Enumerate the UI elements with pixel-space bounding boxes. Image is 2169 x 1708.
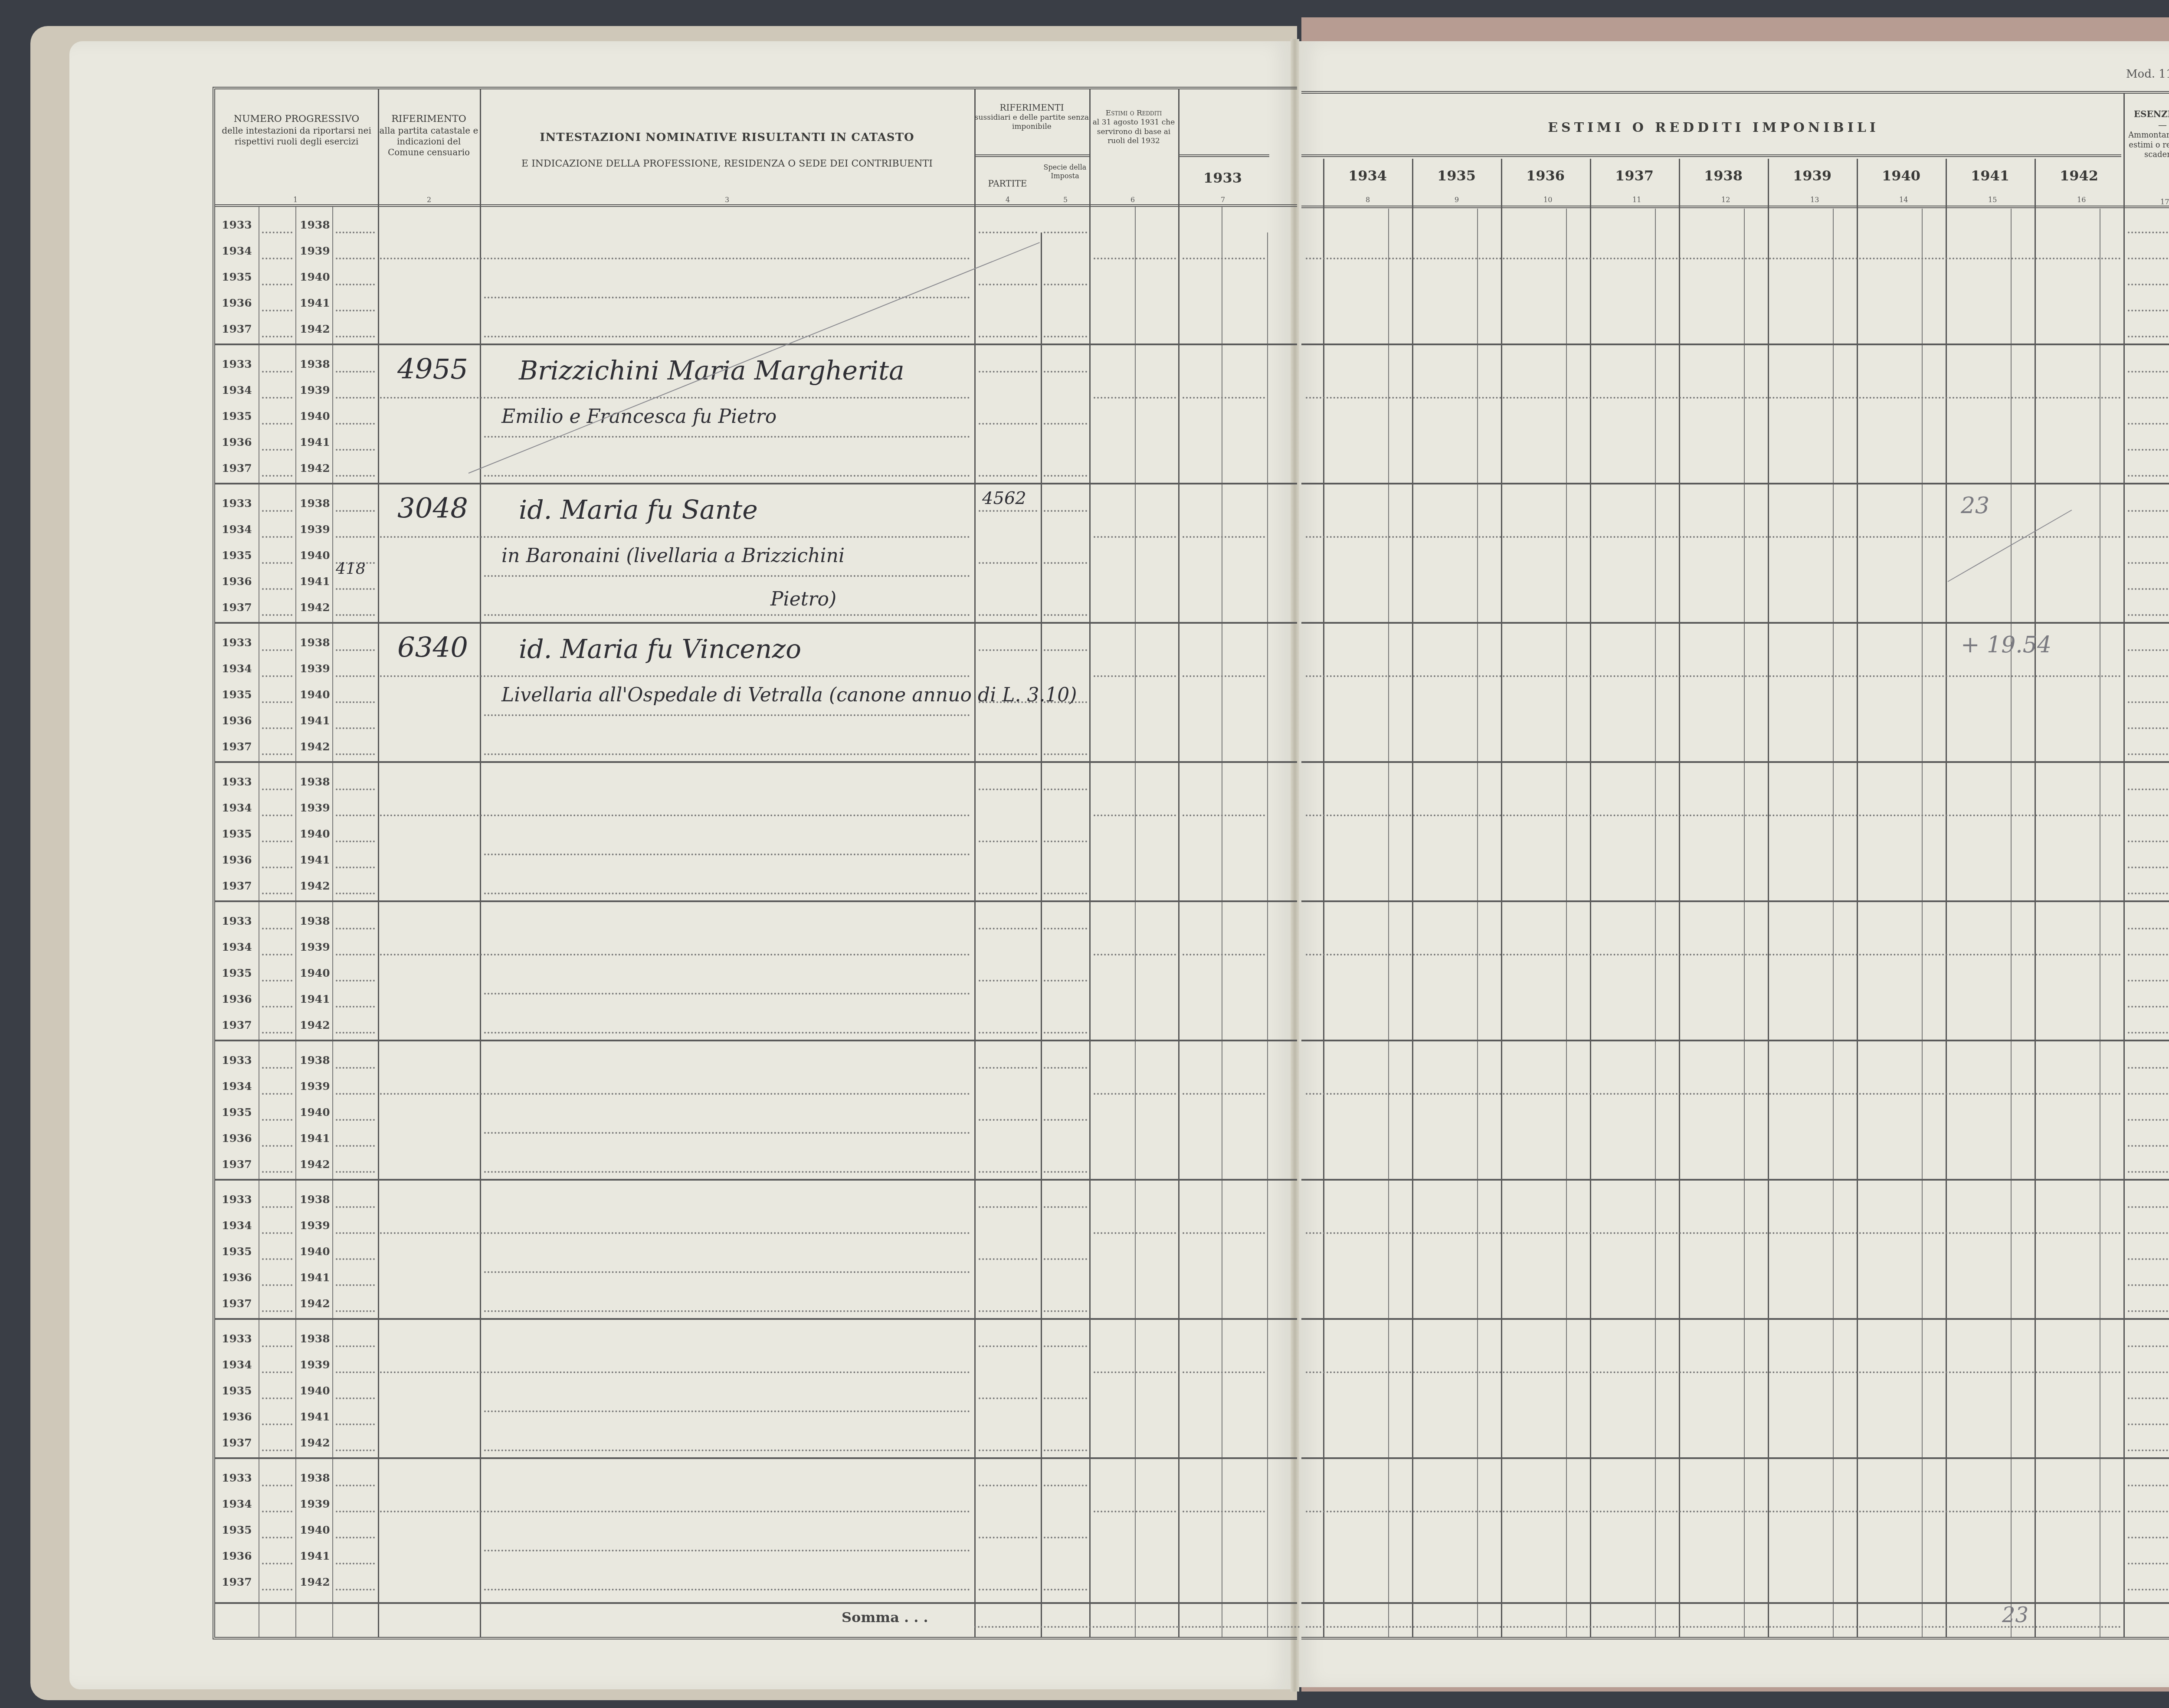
year-label: 1939 (300, 1080, 330, 1093)
entry-block-right (1301, 1041, 2169, 1180)
year-dotline (336, 1284, 375, 1286)
year-label: 1933 (222, 1193, 252, 1206)
value-dotline (1183, 815, 1265, 816)
entry-block-right (1301, 1459, 2169, 1598)
col-number: 10 (1543, 196, 1552, 204)
year-dotline (336, 1067, 375, 1069)
amount-1941: 23 (1961, 493, 1989, 519)
year-label: 1939 (300, 1358, 330, 1371)
year-dotline (336, 893, 375, 894)
ref-dotline (1044, 928, 1087, 929)
year-label: 1942 (300, 462, 330, 474)
year-dotline (336, 841, 375, 842)
year-label: 1936 (222, 714, 252, 727)
year-dotline (262, 675, 292, 677)
year-dotline (262, 1145, 292, 1147)
ref-dotline (979, 893, 1037, 894)
year-label: 1939 (300, 523, 330, 536)
ref-dotline (979, 1258, 1037, 1260)
ref-dotline (1044, 893, 1087, 894)
name-dotline (380, 675, 970, 677)
header-estimi-1931: Estimi o Redditi al 31 agosto 1931 che s… (1089, 109, 1178, 146)
entry-block: 1933193819341939193519401936194119371942 (215, 762, 1297, 902)
header-year: 1934 (1323, 167, 1412, 184)
entry-block-right (1301, 206, 2169, 345)
year-dotline (262, 1397, 292, 1399)
year-dotline (262, 1511, 292, 1512)
ref-dotline (979, 1310, 1037, 1312)
year-dotline (336, 928, 375, 929)
year-dotline (336, 510, 375, 512)
year-dotline (262, 1485, 292, 1486)
year-label: 1939 (300, 941, 330, 953)
header-riferimenti-sussidiari: RIFERIMENTI sussidiari e delle partite s… (974, 102, 1089, 132)
year-dotline (336, 536, 375, 538)
ref-dotline (979, 1171, 1037, 1173)
ref-dotline (1044, 1345, 1087, 1347)
name-line-2: in Baronaini (livellaria a Brizzichini (501, 545, 845, 567)
name-dotline (484, 297, 970, 298)
ref-dotline (979, 928, 1037, 929)
exemption-dotline (2128, 1145, 2169, 1147)
year-dotline (262, 232, 292, 233)
year-label: 1937 (222, 880, 252, 892)
entry-block: 1933193819341939193519401936194119371942 (215, 206, 1297, 345)
exemption-dotline (2128, 1258, 2169, 1260)
ref-dotline (1044, 284, 1087, 285)
col-number: 17 (2160, 198, 2169, 206)
exemption-dotline (2128, 867, 2169, 868)
year-label: 1937 (222, 1576, 252, 1588)
somma-dotline (1178, 1626, 1300, 1628)
exemption-dotline (2128, 753, 2169, 755)
year-label: 1934 (222, 1219, 252, 1232)
year-label: 1939 (300, 1498, 330, 1510)
year-label: 1933 (222, 915, 252, 927)
year-label: 1937 (222, 601, 252, 614)
year-dotline (336, 423, 375, 425)
col-number: 3 (725, 196, 729, 204)
partita-number: 4955 (397, 353, 468, 386)
name-dotline (484, 1132, 970, 1134)
entry-block-right (1301, 1180, 2169, 1319)
exemption-dotline (2128, 954, 2169, 955)
year-label: 1935 (222, 967, 252, 979)
name-dotline (484, 1410, 970, 1412)
entry-block: 1933193819341939193519401936194119371942 (215, 1319, 1297, 1459)
year-label: 1940 (300, 1245, 330, 1258)
entry-block: 1933193819341939193519401936194119371942 (215, 1180, 1297, 1319)
ref-dotline (979, 562, 1037, 564)
header-rule (1301, 154, 2121, 157)
name-line-3: Pietro) (770, 588, 836, 610)
year-label: 1934 (222, 523, 252, 536)
ref-dotline (1044, 1171, 1087, 1173)
year-label: 1937 (222, 462, 252, 474)
ref-dotline (979, 475, 1037, 477)
name-line-1: id. Maria fu Sante (519, 495, 758, 525)
year-label: 1942 (300, 1019, 330, 1031)
year-dotline (262, 423, 292, 425)
exemption-dotline (2128, 1563, 2169, 1564)
year-label: 1936 (222, 993, 252, 1005)
year-label: 1933 (222, 1472, 252, 1484)
exemption-dotline (2128, 1485, 2169, 1486)
name-line-2: Emilio e Francesca fu Pietro (501, 406, 777, 428)
entry-block-right (1301, 762, 2169, 902)
year-label: 1935 (222, 1384, 252, 1397)
entry-block: 1933193819341939193519401936194119371942 (215, 1041, 1297, 1180)
ref-dotline (1044, 475, 1087, 477)
year-dotline (262, 1537, 292, 1538)
somma-1941-value: 23 (2002, 1603, 2028, 1627)
year-dotline (336, 1345, 375, 1347)
name-dotline (380, 536, 970, 538)
year-dotline (336, 675, 375, 677)
year-dotline (262, 1119, 292, 1121)
year-label: 1941 (300, 1271, 330, 1284)
header-partite: PARTITE (974, 178, 1041, 189)
value-dotline (1183, 536, 1265, 538)
name-dotline (484, 475, 970, 477)
ref-dotline (979, 1345, 1037, 1347)
year-dotline (336, 1032, 375, 1034)
col-number: 9 (1455, 196, 1459, 204)
year-label: 1935 (222, 1106, 252, 1119)
year-dotline (336, 614, 375, 616)
partita-number: 6340 (397, 632, 468, 664)
year-dotline (336, 727, 375, 729)
ref-dotline (1044, 423, 1087, 425)
year-label: 1940 (300, 1524, 330, 1536)
year-label: 1937 (222, 1019, 252, 1031)
year-label: 1942 (300, 880, 330, 892)
exemption-dotline (2128, 1345, 2169, 1347)
value-dotline (1094, 258, 1176, 259)
somma-dotline (974, 1626, 1178, 1628)
col-number: 5 (1063, 196, 1068, 204)
value-dotline (1183, 258, 1265, 259)
year-dotline (262, 258, 292, 259)
exemption-dotline (2128, 1423, 2169, 1425)
year-dotline (262, 727, 292, 729)
year-dotline (262, 649, 292, 651)
ref-dotline (1044, 1485, 1087, 1486)
ref-dotline (979, 1206, 1037, 1208)
name-line-1: id. Maria fu Vincenzo (519, 634, 801, 664)
year-dotline (336, 258, 375, 259)
value-dotline (1094, 536, 1176, 538)
exemption-dotline (2128, 893, 2169, 894)
ref-dotline (1044, 649, 1087, 651)
year-label: 1935 (222, 688, 252, 701)
ref-dotline (1044, 1450, 1087, 1451)
value-dotline (1094, 1093, 1176, 1095)
year-label: 1939 (300, 802, 330, 814)
col-number: 15 (1988, 196, 1997, 204)
exemption-dotline (2128, 1032, 2169, 1034)
header-rule (974, 154, 1089, 157)
name-line-1: Briz­zichini Maria Margherita (519, 356, 904, 386)
year-dotline (262, 336, 292, 337)
header-year: 1936 (1501, 167, 1590, 184)
exemption-dotline (2128, 536, 2169, 538)
year-dotline (262, 1093, 292, 1095)
year-dotline (262, 449, 292, 451)
value-dotline (1183, 1232, 1265, 1234)
value-dotline (1094, 675, 1176, 677)
ref-dotline (1044, 1310, 1087, 1312)
value-dotline (1306, 1371, 2121, 1373)
year-dotline (336, 475, 375, 477)
year-dotline (262, 1006, 292, 1008)
value-dotline (1306, 1093, 2121, 1095)
year-label: 1935 (222, 410, 252, 422)
ref-dotline (1044, 841, 1087, 842)
value-dotline (1183, 954, 1265, 955)
name-dotline (380, 1511, 970, 1512)
year-label: 1934 (222, 1498, 252, 1510)
name-dotline (484, 1171, 970, 1173)
year-dotline (262, 510, 292, 512)
year-dotline (262, 614, 292, 616)
year-dotline (262, 815, 292, 816)
year-dotline (336, 1537, 375, 1538)
year-dotline (336, 1485, 375, 1486)
year-dotline (336, 1310, 375, 1312)
col-number: 13 (1810, 196, 1819, 204)
name-dotline (380, 815, 970, 816)
year-label: 1938 (300, 775, 330, 788)
value-dotline (1094, 815, 1176, 816)
header-year: 1937 (1590, 167, 1679, 184)
value-dotline (1183, 1511, 1265, 1512)
value-dotline (1306, 1232, 2121, 1234)
entry-block: 1933193819341939193519401936194119371942 (215, 1459, 1297, 1598)
value-dotline (1306, 954, 2121, 955)
year-dotline (336, 980, 375, 982)
exemption-dotline (2128, 397, 2169, 399)
ref-dotline (979, 371, 1037, 373)
header-year: 1935 (1412, 167, 1501, 184)
value-dotline (1183, 1371, 1265, 1373)
year-dotline (262, 1310, 292, 1312)
margin-number: 418 (336, 560, 366, 578)
exemption-dotline (2128, 1119, 2169, 1121)
year-dotline (262, 588, 292, 590)
year-dotline (336, 1371, 375, 1373)
year-dotline (336, 1397, 375, 1399)
ref-dotline (1044, 1589, 1087, 1590)
ref-dotline (1044, 1119, 1087, 1121)
year-label: 1935 (222, 549, 252, 562)
year-dotline (336, 1232, 375, 1234)
exemption-dotline (2128, 789, 2169, 790)
year-dotline (262, 397, 292, 399)
ref-dotline (1044, 753, 1087, 755)
col-number: 8 (1366, 196, 1370, 204)
year-dotline (262, 1589, 292, 1590)
ref-dotline (979, 753, 1037, 755)
ref-dotline (979, 789, 1037, 790)
year-label: 1939 (300, 245, 330, 257)
name-dotline (484, 893, 970, 894)
exemption-dotline (2128, 815, 2169, 816)
col-number: 1 (293, 196, 298, 204)
exemption-dotline (2128, 1450, 2169, 1451)
value-dotline (1306, 536, 2121, 538)
exemption-dotline (2128, 1093, 2169, 1095)
ref-dotline (1044, 1067, 1087, 1069)
col-number: 2 (427, 196, 431, 204)
year-label: 1940 (300, 967, 330, 979)
ref-dotline (979, 284, 1037, 285)
value-dotline (1306, 1511, 2121, 1512)
exemption-dotline (2128, 475, 2169, 477)
year-dotline (262, 1371, 292, 1373)
year-label: 1941 (300, 1550, 330, 1562)
ref-dotline (1044, 789, 1087, 790)
exemption-dotline (2128, 928, 2169, 929)
year-label: 1936 (222, 297, 252, 309)
exemption-dotline (2128, 1537, 2169, 1538)
name-dotline (484, 575, 970, 577)
name-line-2: Livellaria all'Ospedale di Vetralla (can… (501, 684, 1077, 706)
year-dotline (336, 284, 375, 285)
name-dotline (484, 1450, 970, 1451)
ref-partite: 4562 (982, 488, 1026, 508)
year-dotline (262, 536, 292, 538)
ref-dotline (979, 1119, 1037, 1121)
header-estimi-redditi-imponibili: ESTIMI O REDDITI IMPONIBILI (1301, 120, 2126, 136)
year-label: 1934 (222, 384, 252, 396)
col-number: 11 (1632, 196, 1641, 204)
year-dotline (262, 789, 292, 790)
ref-dotline (1044, 614, 1087, 616)
value-dotline (1094, 397, 1176, 399)
year-label: 1938 (300, 1193, 330, 1206)
year-dotline (336, 867, 375, 868)
value-dotline (1094, 954, 1176, 955)
ref-dotline (979, 510, 1037, 512)
exemption-dotline (2128, 1397, 2169, 1399)
entry-block-right (1301, 902, 2169, 1041)
name-dotline (484, 1550, 970, 1551)
year-dotline (336, 1258, 375, 1260)
year-label: 1941 (300, 854, 330, 866)
exemption-dotline (2128, 284, 2169, 285)
year-dotline (262, 1206, 292, 1208)
year-label: 1939 (300, 384, 330, 396)
exemption-dotline (2128, 310, 2169, 311)
year-dotline (262, 701, 292, 703)
year-label: 1942 (300, 1436, 330, 1449)
year-dotline (262, 1171, 292, 1173)
year-label: 1936 (222, 1132, 252, 1145)
name-dotline (380, 258, 970, 259)
exemption-dotline (2128, 1511, 2169, 1512)
year-label: 1942 (300, 1297, 330, 1310)
exemption-dotline (2128, 371, 2169, 373)
year-label: 1935 (222, 1524, 252, 1536)
exemption-dotline (2128, 701, 2169, 703)
value-dotline (1183, 675, 1265, 677)
year-label: 1934 (222, 245, 252, 257)
exemption-dotline (2128, 614, 2169, 616)
name-dotline (484, 854, 970, 855)
year-label: 1935 (222, 271, 252, 283)
year-label: 1941 (300, 436, 330, 448)
year-dotline (262, 980, 292, 982)
entry-block-right: 23 (1301, 484, 2169, 623)
exemption-dotline (2128, 232, 2169, 233)
year-dotline (336, 1145, 375, 1147)
year-label: 1934 (222, 1080, 252, 1093)
year-label: 1933 (222, 1054, 252, 1067)
amount-1941: + 19.54 (1961, 632, 2051, 658)
year-label: 1935 (222, 828, 252, 840)
ref-dotline (1044, 510, 1087, 512)
name-dotline (484, 714, 970, 716)
somma-dotline (1306, 1626, 2121, 1628)
header-year: 1939 (1768, 167, 1857, 184)
name-dotline (380, 397, 970, 399)
year-dotline (262, 893, 292, 894)
entry-block: 1933193819341939193519401936194119371942 (215, 902, 1297, 1041)
header-year: 1938 (1679, 167, 1768, 184)
header-year: 1940 (1857, 167, 1946, 184)
name-dotline (484, 753, 970, 755)
header-rule (1178, 154, 1269, 157)
exemption-dotline (2128, 258, 2169, 259)
exemption-dotline (2128, 449, 2169, 451)
ref-dotline (979, 1537, 1037, 1538)
ref-dotline (979, 423, 1037, 425)
entry-block: 1933193819341939193519401936194119371942… (215, 484, 1297, 623)
year-dotline (336, 449, 375, 451)
somma-label: Somma . . . (842, 1609, 928, 1626)
year-label: 1942 (300, 323, 330, 335)
header-numero-progressivo: NUMERO PROGRESSIVO delle intestazioni da… (215, 113, 378, 147)
ref-dotline (1044, 1032, 1087, 1034)
exemption-dotline (2128, 562, 2169, 564)
year-label: 1937 (222, 1158, 252, 1171)
year-dotline (336, 588, 375, 590)
year-label: 1935 (222, 1245, 252, 1258)
year-dotline (336, 371, 375, 373)
ref-dotline (1044, 1397, 1087, 1399)
exemption-dotline (2128, 649, 2169, 651)
name-dotline (484, 1032, 970, 1034)
year-label: 1940 (300, 1384, 330, 1397)
year-dotline (336, 1006, 375, 1008)
year-dotline (336, 1093, 375, 1095)
header-intestazioni: INTESTAZIONI NOMINATIVE RISULTANTI IN CA… (480, 131, 974, 170)
year-label: 1933 (222, 1332, 252, 1345)
exemption-dotline (2128, 510, 2169, 512)
col-number: 4 (1006, 196, 1010, 204)
year-dotline (336, 1563, 375, 1564)
header-year: 1942 (2035, 167, 2123, 184)
value-dotline (1306, 397, 2121, 399)
ref-dotline (1044, 232, 1087, 233)
year-dotline (336, 1450, 375, 1451)
year-dotline (336, 336, 375, 337)
name-dotline (380, 1232, 970, 1234)
name-dotline (484, 1271, 970, 1273)
year-label: 1938 (300, 915, 330, 927)
year-dotline (262, 1563, 292, 1564)
